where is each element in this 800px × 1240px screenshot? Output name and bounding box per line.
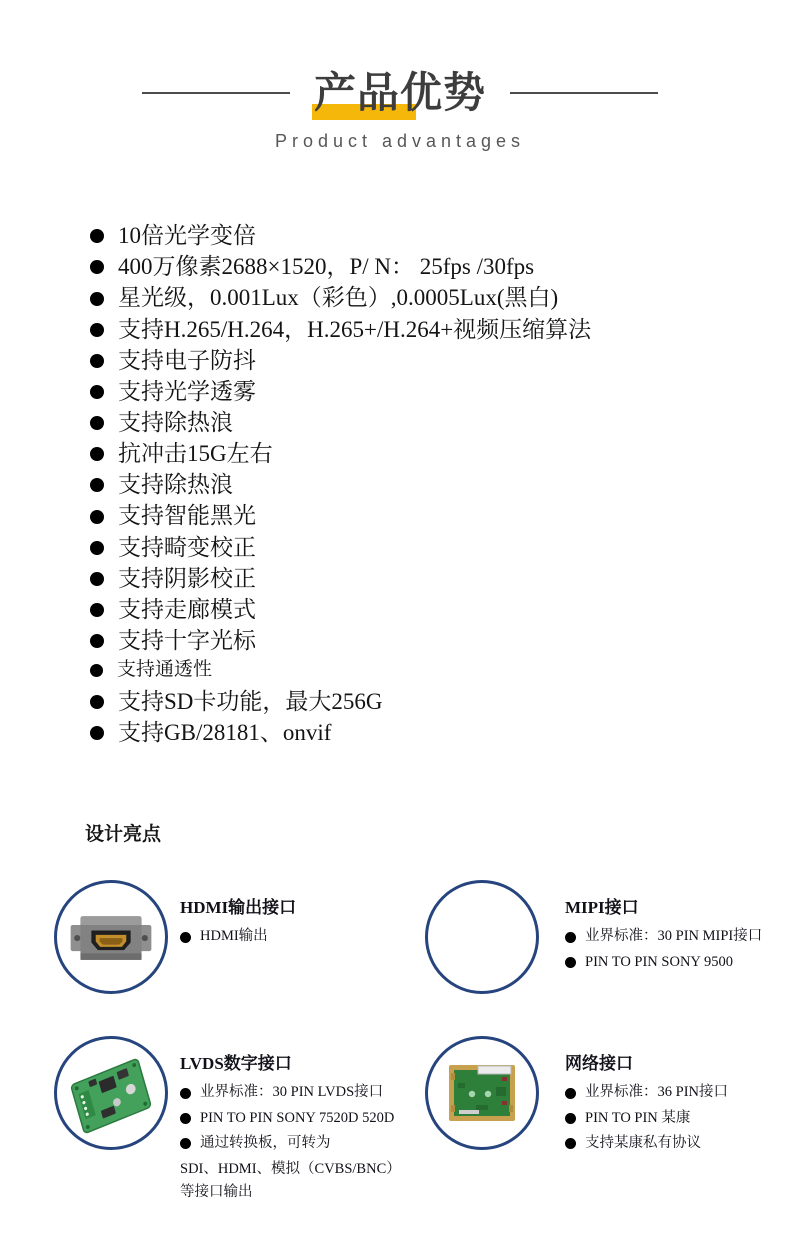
card-bullet: HDMI输出 <box>180 928 296 945</box>
design-highlights-grid: HDMI输出接口 HDMI输出 MIPI接口 业界标准：30 PIN MIPI接… <box>54 880 800 1207</box>
feature-item: 10倍光学变倍 <box>90 224 800 248</box>
hdmi-connector-image <box>54 880 168 994</box>
feature-item: 400万像素2688×1520，P/ N： 25fps /30fps <box>90 255 800 279</box>
card-extra-line: 等接口输出 <box>180 1184 401 1201</box>
bullet-icon <box>90 634 104 648</box>
card-bullet: 业界标准：36 PIN接口 <box>565 1084 728 1101</box>
card-mipi-text: MIPI接口 业界标准：30 PIN MIPI接口 PIN TO PIN SON… <box>565 880 762 994</box>
feature-item: 抗冲击15G左右 <box>90 442 800 466</box>
title-rule-right <box>510 92 658 94</box>
feature-text: 10倍光学变倍 <box>118 224 256 248</box>
feature-item: 支持除热浪 <box>90 473 800 497</box>
product-advantages-page: 产品优势 Product advantages 10倍光学变倍 400万像素26… <box>0 0 800 1240</box>
feature-item: 支持畸变校正 <box>90 536 800 560</box>
card-network: 网络接口 业界标准：36 PIN接口 PIN TO PIN 某康 支持某康私有协… <box>425 1036 800 1207</box>
bullet-icon <box>90 416 104 430</box>
card-bullet: 通过转换板，可转为 <box>180 1135 401 1152</box>
feature-text: 支持SD卡功能，最大256G <box>118 690 383 714</box>
feature-item: 支持光学透雾 <box>90 380 800 404</box>
page-title-text: 产品优势 <box>314 69 486 116</box>
hdmi-connector-icon <box>63 889 159 985</box>
card-extra-text: 等接口输出 <box>180 1184 253 1201</box>
feature-item: 支持十字光标 <box>90 629 800 653</box>
feature-text: 支持H.265/H.264，H.265+/H.264+视频压缩算法 <box>118 318 591 342</box>
card-network-text: 网络接口 业界标准：36 PIN接口 PIN TO PIN 某康 支持某康私有协… <box>565 1036 728 1207</box>
title-row: 产品优势 <box>0 70 800 116</box>
network-pcb-icon <box>432 1043 532 1143</box>
bullet-icon <box>90 478 104 492</box>
page-subtitle: Product advantages <box>0 131 800 152</box>
card-bullet-text: 业界标准：30 PIN LVDS接口 <box>200 1084 383 1101</box>
bullet-icon <box>90 354 104 368</box>
card-bullet-text: PIN TO PIN SONY 9500 <box>585 954 733 971</box>
card-bullet: PIN TO PIN SONY 7520D 520D <box>180 1110 401 1127</box>
bullet-icon <box>180 932 191 943</box>
title-rule-left <box>142 92 290 94</box>
feature-list: 10倍光学变倍 400万像素2688×1520，P/ N： 25fps /30f… <box>90 224 800 745</box>
bullet-icon <box>90 726 104 740</box>
bullet-icon <box>90 260 104 274</box>
card-lvds-digital: LVDS数字接口 业界标准：30 PIN LVDS接口 PIN TO PIN S… <box>54 1036 425 1207</box>
feature-text: 支持光学透雾 <box>118 380 256 404</box>
card-bullet-text: 通过转换板，可转为 <box>200 1135 331 1152</box>
card-lvds-text: LVDS数字接口 业界标准：30 PIN LVDS接口 PIN TO PIN S… <box>180 1036 401 1207</box>
feature-text: 抗冲击15G左右 <box>118 442 273 466</box>
feature-item: 支持智能黑光 <box>90 504 800 528</box>
bullet-icon <box>565 1113 576 1124</box>
bullet-icon <box>90 323 104 337</box>
bullet-icon <box>90 447 104 461</box>
bullet-icon <box>90 695 104 709</box>
feature-item: 支持GB/28181、onvif <box>90 721 800 745</box>
card-bullet: PIN TO PIN 某康 <box>565 1110 728 1127</box>
card-mipi: MIPI接口 业界标准：30 PIN MIPI接口 PIN TO PIN SON… <box>425 880 800 994</box>
feature-item: 支持H.265/H.264，H.265+/H.264+视频压缩算法 <box>90 318 800 342</box>
page-title: 产品优势 <box>314 70 486 116</box>
lvds-pcb-icon <box>61 1043 161 1143</box>
feature-item: 支持除热浪 <box>90 411 800 435</box>
card-bullet-text: 业界标准：30 PIN MIPI接口 <box>585 928 762 945</box>
card-bullet: PIN TO PIN SONY 9500 <box>565 954 762 971</box>
card-bullet-text: 支持某康私有协议 <box>585 1135 701 1152</box>
bullet-icon <box>565 1138 576 1149</box>
feature-text: 星光级，0.001Lux（彩色）,0.0005Lux(黑白) <box>118 286 558 310</box>
feature-text: 支持走廊模式 <box>118 598 256 622</box>
bullet-icon <box>90 229 104 243</box>
bullet-icon <box>565 1088 576 1099</box>
bullet-icon <box>180 1088 191 1099</box>
feature-item: 支持SD卡功能，最大256G <box>90 690 800 714</box>
bullet-icon <box>90 572 104 586</box>
network-pcb-image <box>425 1036 539 1150</box>
feature-item: 支持走廊模式 <box>90 598 800 622</box>
bullet-icon <box>90 541 104 555</box>
design-highlights-title: 设计亮点 <box>85 819 800 846</box>
bullet-icon <box>90 292 104 306</box>
feature-text: 400万像素2688×1520，P/ N： 25fps /30fps <box>118 255 534 279</box>
bullet-icon <box>90 664 103 677</box>
card-bullet: 业界标准：30 PIN LVDS接口 <box>180 1084 401 1101</box>
feature-text: 支持智能黑光 <box>118 504 256 528</box>
feature-text: 支持除热浪 <box>118 473 233 497</box>
bullet-icon <box>180 1138 191 1149</box>
bullet-icon <box>90 603 104 617</box>
feature-text: 支持畸变校正 <box>118 536 256 560</box>
card-title: 网络接口 <box>565 1049 728 1074</box>
bullet-icon <box>180 1113 191 1124</box>
bullet-icon <box>565 932 576 943</box>
feature-item: 支持电子防抖 <box>90 349 800 373</box>
lvds-pcb-image <box>54 1036 168 1150</box>
card-bullet-text: PIN TO PIN 某康 <box>585 1110 690 1127</box>
card-bullet-text: HDMI输出 <box>200 928 268 945</box>
card-title: HDMI输出接口 <box>180 893 296 918</box>
feature-text: 支持通透性 <box>117 660 212 680</box>
mipi-empty-circle <box>425 880 539 994</box>
feature-item: 支持阴影校正 <box>90 567 800 591</box>
card-extra-line: SDI、HDMI、模拟（CVBS/BNC） <box>180 1161 401 1178</box>
feature-text: 支持除热浪 <box>118 411 233 435</box>
feature-item: 支持通透性 <box>90 660 800 680</box>
feature-text: 支持电子防抖 <box>118 349 256 373</box>
card-title: LVDS数字接口 <box>180 1049 401 1074</box>
feature-text: 支持阴影校正 <box>118 567 256 591</box>
bullet-icon <box>90 385 104 399</box>
card-bullet: 支持某康私有协议 <box>565 1135 728 1152</box>
feature-item: 星光级，0.001Lux（彩色）,0.0005Lux(黑白) <box>90 286 800 310</box>
card-bullet: 业界标准：30 PIN MIPI接口 <box>565 928 762 945</box>
card-title: MIPI接口 <box>565 893 762 918</box>
bullet-icon <box>565 957 576 968</box>
feature-text: 支持十字光标 <box>118 629 256 653</box>
header: 产品优势 Product advantages <box>0 0 800 152</box>
card-hdmi-text: HDMI输出接口 HDMI输出 <box>180 880 296 994</box>
bullet-icon <box>90 510 104 524</box>
card-bullet-text: 业界标准：36 PIN接口 <box>585 1084 728 1101</box>
card-bullet-text: PIN TO PIN SONY 7520D 520D <box>200 1110 394 1127</box>
feature-text: 支持GB/28181、onvif <box>118 721 331 745</box>
card-extra-text: SDI、HDMI、模拟（CVBS/BNC） <box>180 1161 401 1178</box>
card-hdmi-output: HDMI输出接口 HDMI输出 <box>54 880 425 994</box>
